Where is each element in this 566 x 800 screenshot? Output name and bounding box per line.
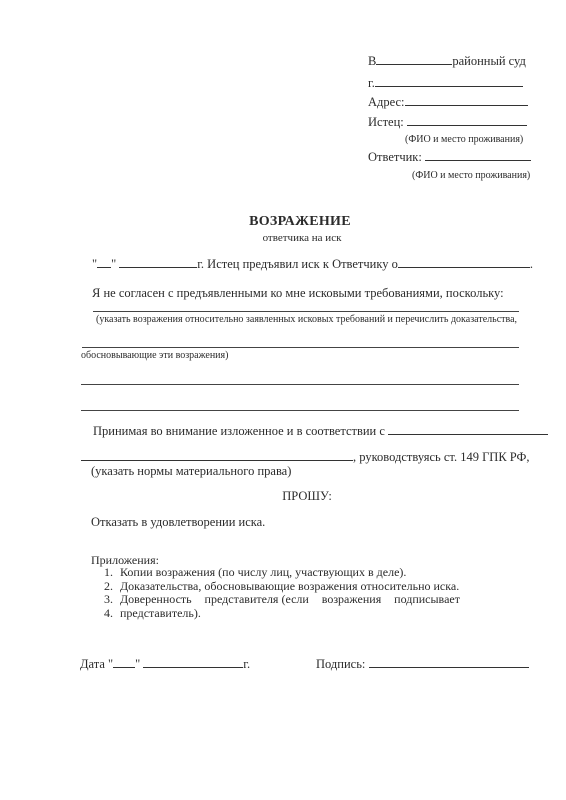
plaintiff-line: Истец: <box>368 115 527 130</box>
address-label: Адрес: <box>368 95 405 109</box>
city-field[interactable] <box>375 76 523 87</box>
defendant-line: Ответчик: <box>368 150 531 165</box>
objection-line-4[interactable] <box>81 410 519 411</box>
item-text: представитель). <box>120 607 460 621</box>
attachments-list: 1. Копии возражения (по числу лиц, участ… <box>93 566 460 620</box>
date-line: Дата ""г. <box>80 657 250 672</box>
plaintiff-hint: (ФИО и место проживания) <box>405 134 523 145</box>
plaintiff-label: Истец: <box>368 115 404 129</box>
signature-label: Подпись: <box>316 657 365 671</box>
claim-line: ""г. Истец предъявил иск к Ответчику о. <box>92 257 533 272</box>
court-name-field[interactable] <box>376 54 452 65</box>
item-number: 3. <box>93 593 120 607</box>
item-number: 1. <box>93 566 120 580</box>
city-line: г. <box>368 76 523 91</box>
item-word: подписывает <box>394 593 460 607</box>
document-subtitle: ответчика на иск <box>0 232 566 244</box>
claim-month-field[interactable] <box>119 257 197 268</box>
address-field[interactable] <box>405 95 528 106</box>
disagree-text: Я не согласен с предъявленными ко мне ис… <box>92 286 504 301</box>
defendant-label: Ответчик: <box>368 150 422 164</box>
objection-hint-1: (указать возражения относительно заявлен… <box>96 314 517 325</box>
quote-close: " <box>111 257 116 271</box>
defendant-field[interactable] <box>425 150 531 161</box>
list-item: 2. Доказательства, обосновывающие возраж… <box>93 580 460 594</box>
date-month-field[interactable] <box>143 657 243 668</box>
objection-line-1[interactable] <box>93 311 519 312</box>
objection-line-2[interactable] <box>82 347 519 348</box>
court-line: Врайонный суд <box>368 54 526 69</box>
objection-line-3[interactable] <box>81 384 519 385</box>
norms-field[interactable] <box>81 450 353 461</box>
defendant-hint: (ФИО и место проживания) <box>412 170 530 181</box>
claim-subject-field[interactable] <box>398 257 530 268</box>
city-label: г. <box>368 76 375 90</box>
date-label: Дата " <box>80 657 113 671</box>
address-line: Адрес: <box>368 95 528 110</box>
guided-line: , руководствуясь ст. 149 ГПК РФ, <box>81 450 530 465</box>
item-number: 2. <box>93 580 120 594</box>
item-word: представителя (если <box>205 593 309 607</box>
item-text: Доверенность представителя (если возраже… <box>120 593 460 607</box>
claim-text: г. Истец предъявил иск к Ответчику о <box>197 257 398 271</box>
court-prefix: В <box>368 54 376 68</box>
considering-text: Принимая во внимание изложенное и в соот… <box>93 424 385 438</box>
item-word: возражения <box>322 593 381 607</box>
date-year: г. <box>243 657 250 671</box>
considering-line: Принимая во внимание изложенное и в соот… <box>93 424 548 439</box>
list-item: 1. Копии возражения (по числу лиц, участ… <box>93 566 460 580</box>
court-suffix: районный суд <box>452 54 526 68</box>
item-word: Доверенность <box>120 593 192 607</box>
guided-text: , руководствуясь ст. 149 ГПК РФ, <box>353 450 530 464</box>
date-quote-close: " <box>135 657 140 671</box>
document-title: ВОЗРАЖЕНИЕ <box>0 214 566 230</box>
considering-field[interactable] <box>388 424 548 435</box>
claim-day-field[interactable] <box>97 257 111 268</box>
list-item: 4. представитель). <box>93 607 460 621</box>
request-text: Отказать в удовлетворении иска. <box>91 515 265 530</box>
item-text: Доказательства, обосновывающие возражени… <box>120 580 460 594</box>
list-item: 3. Доверенность представителя (если возр… <box>93 593 460 607</box>
claim-end: . <box>530 257 533 271</box>
norms-hint: (указать нормы материального права) <box>91 464 291 479</box>
request-heading: ПРОШУ: <box>0 489 566 504</box>
item-text: Копии возражения (по числу лиц, участвую… <box>120 566 460 580</box>
item-number: 4. <box>93 607 120 621</box>
objection-hint-2: обосновывающие эти возражения) <box>81 350 228 361</box>
date-day-field[interactable] <box>113 657 135 668</box>
signature-field[interactable] <box>369 657 529 668</box>
plaintiff-field[interactable] <box>407 115 527 126</box>
signature-line: Подпись: <box>316 657 529 672</box>
